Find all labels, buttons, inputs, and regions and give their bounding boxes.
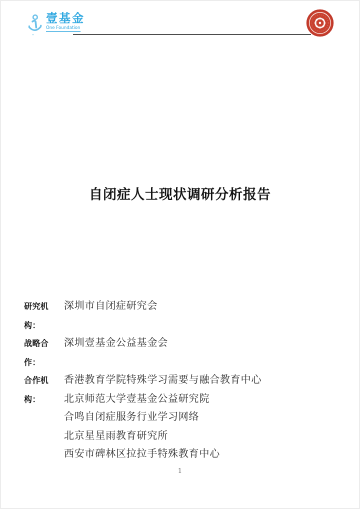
logo-subtitle: One Foundation xyxy=(46,26,80,32)
info-values: 深圳壹基金公益基金会 xyxy=(64,335,168,354)
one-foundation-logo: 壹基金 One Foundation xyxy=(27,13,94,36)
info-value: 深圳市自闭症研究会 xyxy=(64,298,158,317)
info-row-strategic-partner: 战略合作： 深圳壹基金公益基金会 xyxy=(24,335,262,372)
info-block: 研究机构： 深圳市自闭症研究会 战略合作： 深圳壹基金公益基金会 合作机构： 香… xyxy=(24,298,262,465)
info-row-partner-orgs: 合作机构： 香港教育学院特殊学习需要与融合教育中心 北京师范大学壹基金公益研究院… xyxy=(24,372,262,465)
info-values: 香港教育学院特殊学习需要与融合教育中心 北京师范大学壹基金公益研究院 合鸣自闭症… xyxy=(64,372,262,465)
info-value: 香港教育学院特殊学习需要与融合教育中心 xyxy=(64,372,262,391)
report-title: 自闭症人士现状调研分析报告 xyxy=(1,183,359,203)
one-foundation-figure-icon xyxy=(27,14,43,36)
info-values: 深圳市自闭症研究会 xyxy=(64,298,158,317)
report-cover-page: 壹基金 One Foundation 自闭症人士现状调研分析报告 研究机构： 深… xyxy=(0,0,360,509)
page-number: 1 xyxy=(1,467,359,475)
logo-text: 壹基金 One Foundation xyxy=(46,13,94,34)
info-value: 北京星星雨教育研究所 xyxy=(64,428,262,447)
red-circular-seal-icon xyxy=(306,9,334,37)
info-label: 合作机构： xyxy=(24,372,64,409)
header-rule xyxy=(73,34,311,35)
info-value: 北京师范大学壹基金公益研究院 xyxy=(64,391,262,410)
info-label: 战略合作： xyxy=(24,335,64,372)
info-value: 深圳壹基金公益基金会 xyxy=(64,335,168,354)
info-label: 研究机构： xyxy=(24,298,64,335)
info-row-research-org: 研究机构： 深圳市自闭症研究会 xyxy=(24,298,262,335)
logo-name: 壹基金 xyxy=(46,13,94,25)
info-value: 合鸣自闭症服务行业学习网络 xyxy=(64,409,262,428)
info-value: 西安市碑林区拉拉手特殊教育中心 xyxy=(64,446,262,465)
